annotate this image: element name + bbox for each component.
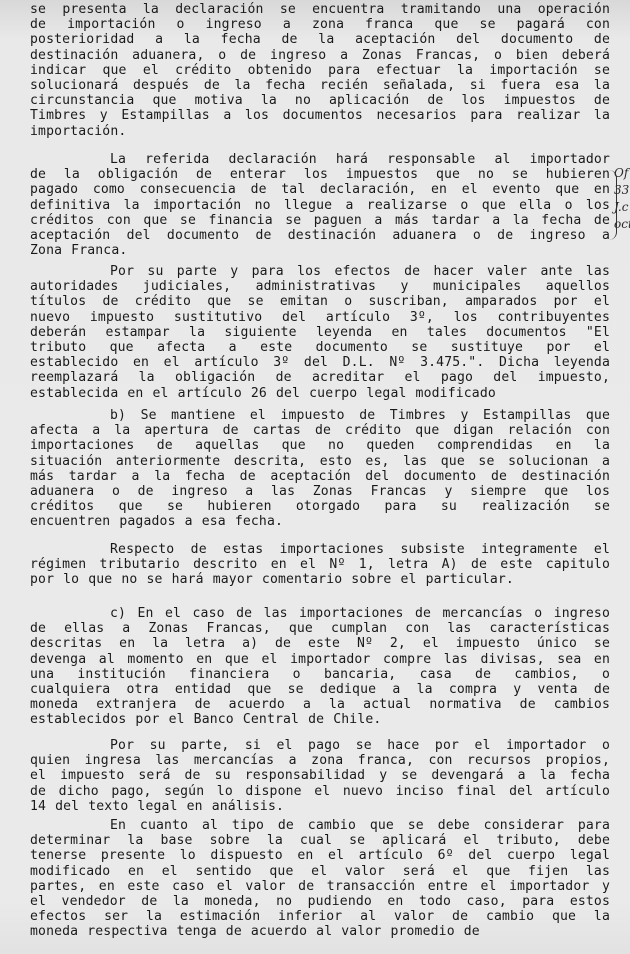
paragraph-p5: Respecto de estas importaciones subsiste…	[30, 542, 610, 588]
text-line: circunstancia que motiva la no aplicació…	[30, 93, 610, 108]
text-line: más tardar a la fecha de aceptación del …	[30, 469, 610, 484]
text-line: créditos que se hubieren otorgado para s…	[30, 499, 610, 514]
text-line: Por su parte, si el pago se hace por el …	[30, 738, 610, 753]
text-line: moneda extranjera de acuerdo a la actual…	[30, 697, 610, 712]
annotation-line: oct	[614, 216, 630, 233]
text-line: afecta a la apertura de cartas de crédit…	[30, 423, 610, 438]
handwritten-margin-annotation: Of33J.coct	[614, 165, 630, 233]
paragraph-p3: Por su parte y para los efectos de hacer…	[30, 264, 610, 401]
text-line: tenerse presente lo dispuesto en el artí…	[30, 848, 610, 863]
text-line: de importación o ingreso a zona franca q…	[30, 17, 610, 32]
text-line: Timbres y Estampillas a los documentos n…	[30, 108, 610, 123]
text-line: se presenta la declaración se encuentra …	[30, 2, 610, 17]
text-line: autoridades judiciales, administrativas …	[30, 279, 610, 294]
text-line: importaciones de aquellas que no queden …	[30, 438, 610, 453]
text-line: por lo que no se hará mayor comentario s…	[30, 572, 610, 587]
text-line: destinación aduanera, o de ingreso a Zon…	[30, 48, 610, 63]
text-line: importación.	[30, 124, 610, 139]
text-line: situación anteriormente descrita, esto e…	[30, 454, 610, 469]
paragraph-p7: Por su parte, si el pago se hace por el …	[30, 738, 610, 814]
text-line: el vendedor de la moneda, no pudiendo en…	[30, 894, 610, 909]
text-line: de la obligación de enterar los impuesto…	[30, 167, 610, 182]
text-line: Respecto de estas importaciones subsiste…	[30, 542, 610, 557]
scanned-document-page: se presenta la declaración se encuentra …	[0, 0, 630, 954]
text-line: solucionará después de la fecha recién s…	[30, 78, 610, 93]
annotation-line: Of	[614, 165, 630, 182]
text-line: el impuesto será de su responsabilidad y…	[30, 768, 610, 783]
text-line: quien ingresa las mercancías a zona fran…	[30, 753, 610, 768]
text-line: b) Se mantiene el impuesto de Timbres y …	[30, 408, 610, 423]
text-line: de ellas a Zonas Francas, que cumplan co…	[30, 621, 610, 636]
text-line: Zona Franca.	[30, 243, 610, 258]
text-line: 14 del texto legal en análisis.	[30, 799, 610, 814]
paragraph-p8: En cuanto al tipo de cambio que se debe …	[30, 818, 610, 940]
annotation-line: 33	[614, 182, 630, 199]
text-line: créditos con que se financia se paguen a…	[30, 213, 610, 228]
text-line: posterioridad a la fecha de la aceptació…	[30, 32, 610, 47]
text-line: aceptación del documento de destinación …	[30, 228, 610, 243]
text-line: cualquiera otra entidad que se dedique a…	[30, 682, 610, 697]
text-line: aduanera o de ingreso a las Zonas Franca…	[30, 484, 610, 499]
text-line: partes, en este caso el valor de transac…	[30, 879, 610, 894]
text-line: efectos ser la estimación inferior al va…	[30, 909, 610, 924]
text-line: descritas en la letra a) de este Nº 2, e…	[30, 636, 610, 651]
text-line: nuevo impuesto sustitutivo del artículo …	[30, 310, 610, 325]
text-line: modificado en el sentido que el valor se…	[30, 864, 610, 879]
text-line: tributo que afecta a este documento se s…	[30, 340, 610, 355]
text-line: La referida declaración hará responsable…	[30, 152, 610, 167]
text-line: establecida en el artículo 26 del cuerpo…	[30, 386, 610, 401]
paragraph-p1: se presenta la declaración se encuentra …	[30, 2, 610, 139]
text-line: reemplazará la obligación de acreditar e…	[30, 370, 610, 385]
text-line: deberán estampar la siguiente leyenda en…	[30, 325, 610, 340]
text-line: una institución financiera o bancaria, c…	[30, 667, 610, 682]
text-line: definitiva la importación no llegue a re…	[30, 198, 610, 213]
text-line: régimen tributario descrito en el Nº 1, …	[30, 557, 610, 572]
text-line: En cuanto al tipo de cambio que se debe …	[30, 818, 610, 833]
text-line: determinar la base sobre la cual se apli…	[30, 833, 610, 848]
paragraph-p4: b) Se mantiene el impuesto de Timbres y …	[30, 408, 610, 530]
text-line: pagado como consecuencia de tal declarac…	[30, 182, 610, 197]
paragraph-p6: c) En el caso de las importaciones de me…	[30, 606, 610, 728]
annotation-line: J.c	[614, 199, 630, 216]
text-line: de dicho pago, según lo dispone el nuevo…	[30, 784, 610, 799]
text-line: establecido en el artículo 3º del D.L. N…	[30, 355, 610, 370]
text-line: moneda respectiva tenga de acuerdo al va…	[30, 924, 610, 939]
text-line: encuentren pagados a esa fecha.	[30, 514, 610, 529]
text-line: establecidos por el Banco Central de Chi…	[30, 712, 610, 727]
paragraph-p2: La referida declaración hará responsable…	[30, 152, 610, 258]
text-line: títulos de crédito que se emitan o suscr…	[30, 294, 610, 309]
text-line: Por su parte y para los efectos de hacer…	[30, 264, 610, 279]
text-line: devenga al momento en que el importador …	[30, 652, 610, 667]
text-line: indicar que el crédito obtenido para efe…	[30, 63, 610, 78]
text-line: c) En el caso de las importaciones de me…	[30, 606, 610, 621]
